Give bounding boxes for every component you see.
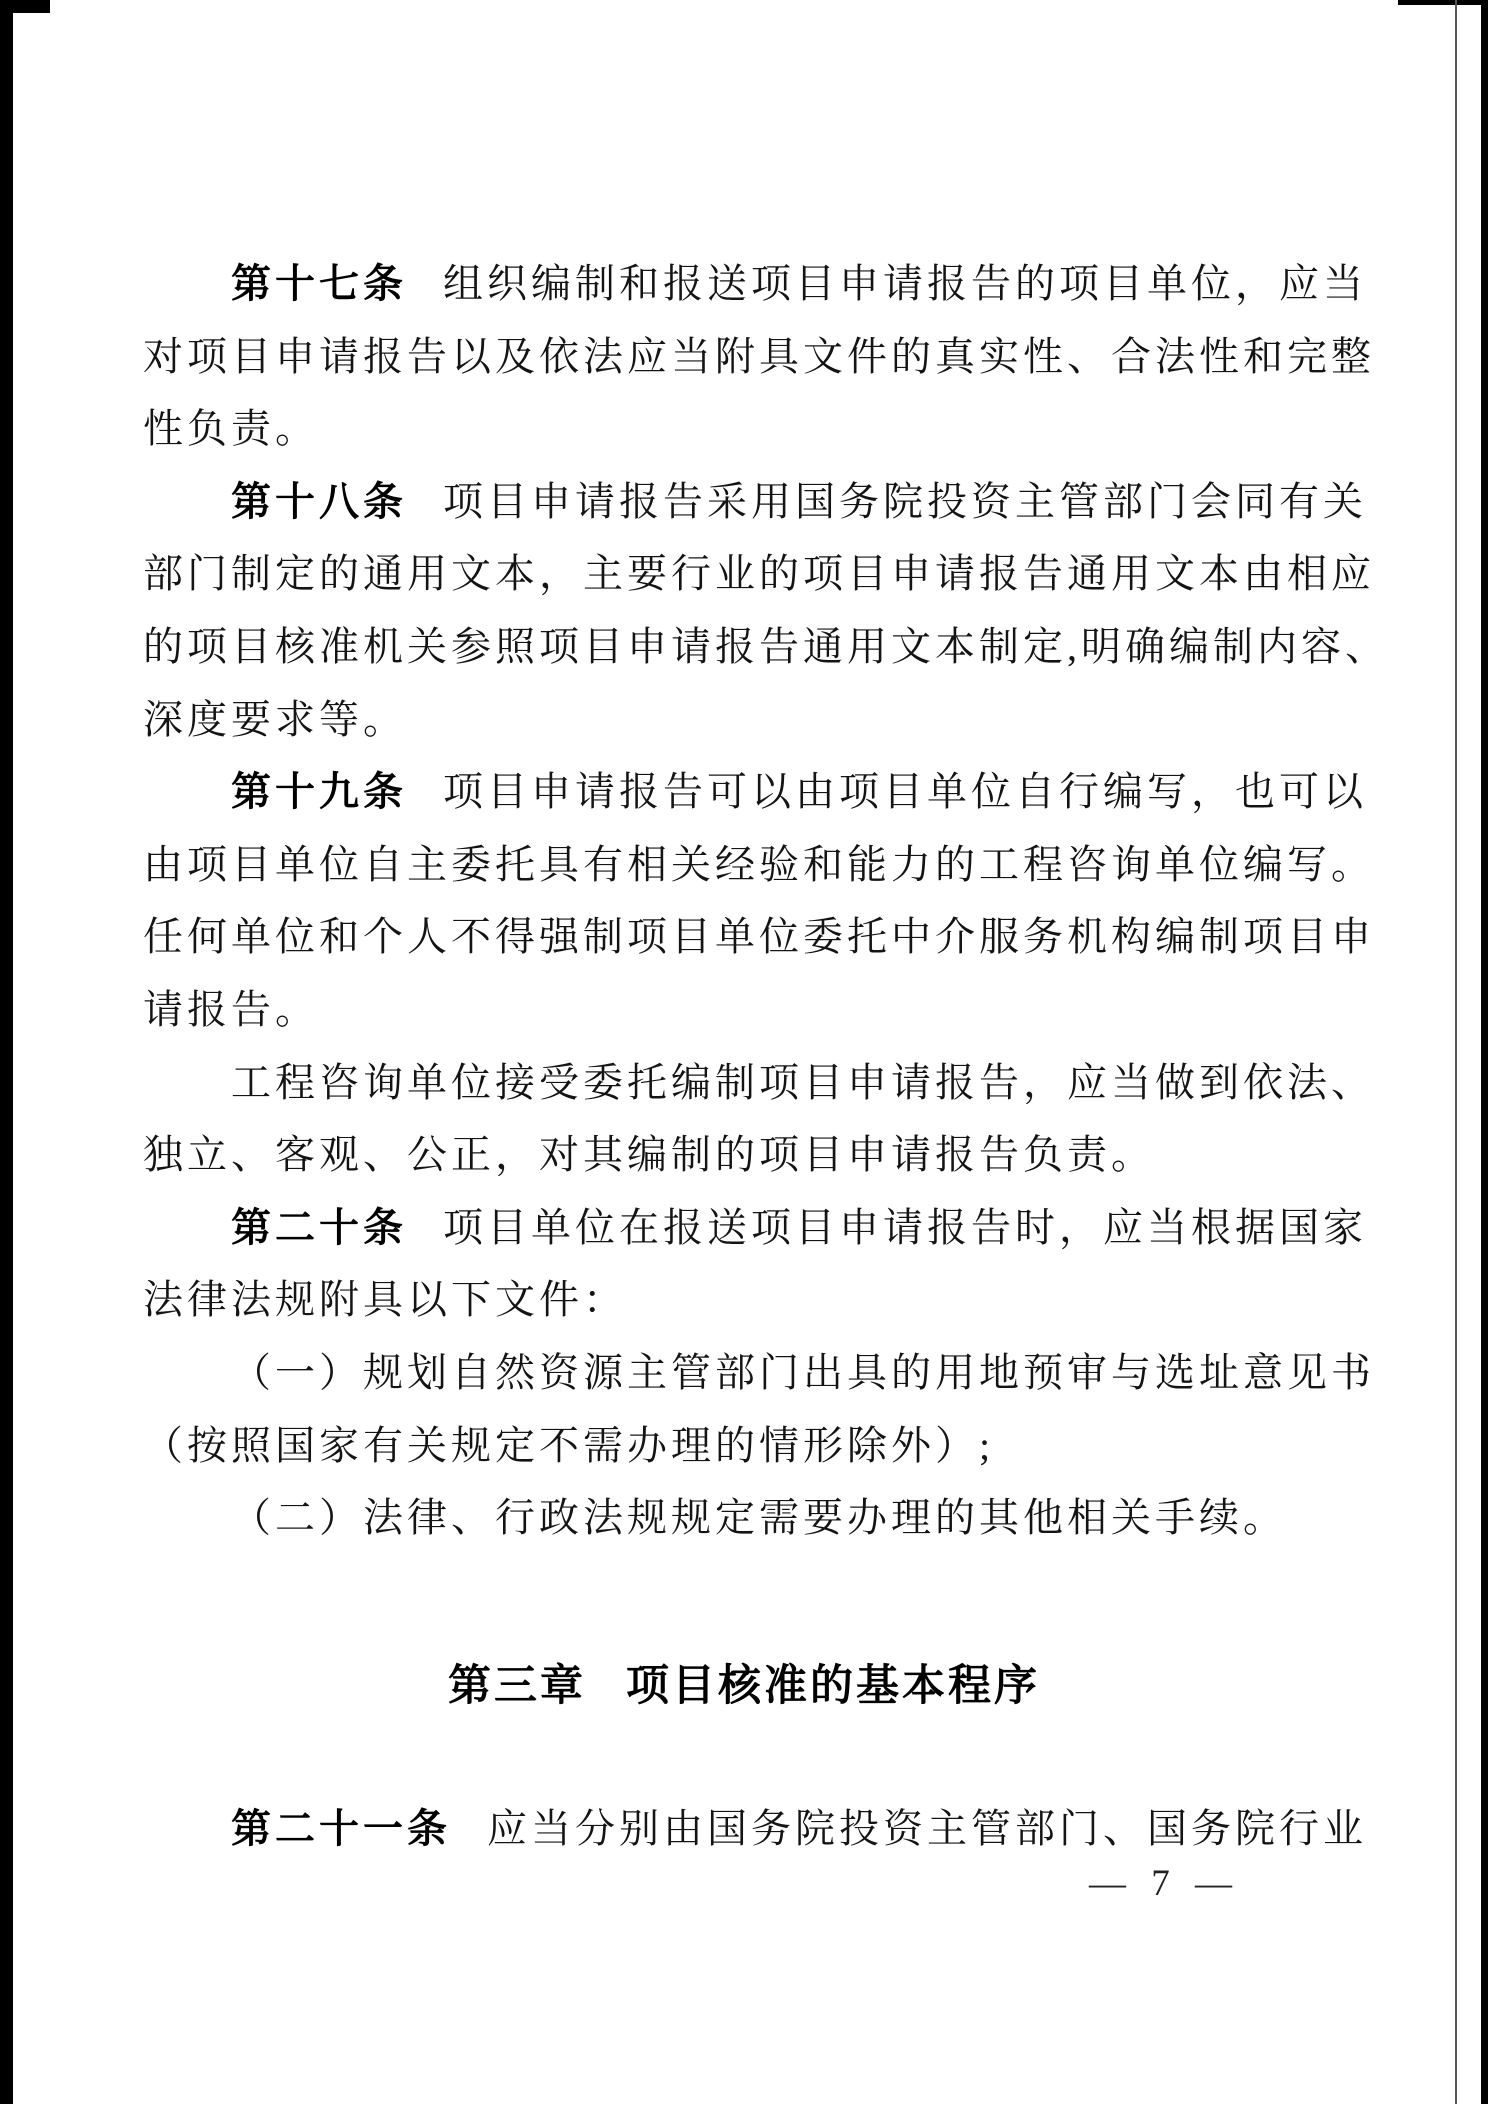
article-number: 第十九条 (231, 770, 407, 814)
text-line: 性负责。 (143, 393, 1353, 466)
page-number: — 7 — (1089, 1862, 1240, 1905)
scan-border-right (1481, 0, 1488, 2104)
scan-artifact-line (1455, 0, 1457, 2104)
text-line: 任何单位和个人不得强制项目单位委托中介服务机构编制项目申 (143, 901, 1353, 974)
text-line: 第二十一条应当分别由国务院投资主管部门、国务院行业 (143, 1793, 1353, 1866)
text-line-content: 由项目单位自主委托具有相关经验和能力的工程咨询单位编写。 (143, 842, 1375, 887)
text-line-content: 任何单位和个人不得强制项目单位委托中介服务机构编制项目申 (143, 914, 1375, 959)
article-number: 第十七条 (231, 262, 407, 306)
text-line-content: 应当分别由国务院投资主管部门、国务院行业 (487, 1806, 1367, 1851)
text-line-content: 项目申请报告采用国务院投资主管部门会同有关 (443, 479, 1367, 524)
article-number: 第十八条 (231, 480, 407, 524)
chapter-number: 第三章 (448, 1662, 586, 1710)
text-line: 第十八条项目申请报告采用国务院投资主管部门会同有关 (143, 466, 1353, 539)
article-number: 第二十一条 (231, 1807, 451, 1851)
text-line: （一）规划自然资源主管部门出具的用地预审与选址意见书 (143, 1337, 1353, 1410)
text-line-content: 性负责。 (143, 406, 319, 451)
text-line-content: （一）规划自然资源主管部门出具的用地预审与选址意见书 (231, 1350, 1375, 1395)
text-line: 第十七条组织编制和报送项目申请报告的项目单位，应当 (143, 248, 1353, 321)
text-line: 请报告。 (143, 974, 1353, 1047)
text-line-content: （按照国家有关规定不需办理的情形除外）; (143, 1423, 994, 1468)
scan-border-left (0, 0, 13, 2104)
text-line: 独立、客观、公正，对其编制的项目申请报告负责。 (143, 1119, 1353, 1192)
text-line: 深度要求等。 (143, 684, 1353, 757)
text-line: 工程咨询单位接受委托编制项目申请报告，应当做到依法、 (143, 1047, 1353, 1120)
document-body: 第十七条组织编制和报送项目申请报告的项目单位，应当 对项目申请报告以及依法应当附… (143, 248, 1353, 1555)
text-line-content: 请报告。 (143, 987, 319, 1032)
scan-border-top-right (1398, 0, 1488, 5)
text-line-content: 项目申请报告可以由项目单位自行编写，也可以 (443, 769, 1367, 814)
scan-border-top-left (0, 0, 50, 13)
article-21-paragraph: 第二十一条应当分别由国务院投资主管部门、国务院行业 (143, 1793, 1353, 1866)
text-line-content: 深度要求等。 (143, 697, 407, 742)
chapter-title: 项目核准的基本程序 (626, 1662, 1040, 1710)
text-line: 法律法规附具以下文件： (143, 1264, 1353, 1337)
text-line-content: 独立、客观、公正，对其编制的项目申请报告负责。 (143, 1132, 1155, 1177)
text-line: 部门制定的通用文本，主要行业的项目申请报告通用文本由相应 (143, 538, 1353, 611)
text-line: 的项目核准机关参照项目申请报告通用文本制定,明确编制内容、 (143, 611, 1353, 684)
article-number: 第二十条 (231, 1206, 407, 1250)
text-line: 由项目单位自主委托具有相关经验和能力的工程咨询单位编写。 (143, 829, 1353, 902)
text-line-content: 组织编制和报送项目申请报告的项目单位，应当 (443, 261, 1367, 306)
text-line-content: 的项目核准机关参照项目申请报告通用文本制定,明确编制内容、 (143, 624, 1389, 669)
text-line: 第二十条项目单位在报送项目申请报告时，应当根据国家 (143, 1192, 1353, 1265)
text-line: （二）法律、行政法规规定需要办理的其他相关手续。 (143, 1482, 1353, 1555)
text-line-content: 对项目申请报告以及依法应当附具文件的真实性、合法性和完整 (143, 334, 1375, 379)
text-line: 第十九条项目申请报告可以由项目单位自行编写，也可以 (143, 756, 1353, 829)
text-line-content: 部门制定的通用文本，主要行业的项目申请报告通用文本由相应 (143, 551, 1375, 596)
text-line-content: 工程咨询单位接受委托编制项目申请报告，应当做到依法、 (231, 1060, 1375, 1105)
text-line: （按照国家有关规定不需办理的情形除外）; (143, 1410, 1353, 1483)
text-line: 对项目申请报告以及依法应当附具文件的真实性、合法性和完整 (143, 321, 1353, 394)
text-line-content: 项目单位在报送项目申请报告时，应当根据国家 (443, 1205, 1367, 1250)
chapter-heading: 第三章项目核准的基本程序 (0, 1652, 1488, 1713)
text-line-content: （二）法律、行政法规规定需要办理的其他相关手续。 (231, 1495, 1287, 1540)
text-line-content: 法律法规附具以下文件： (143, 1277, 627, 1322)
